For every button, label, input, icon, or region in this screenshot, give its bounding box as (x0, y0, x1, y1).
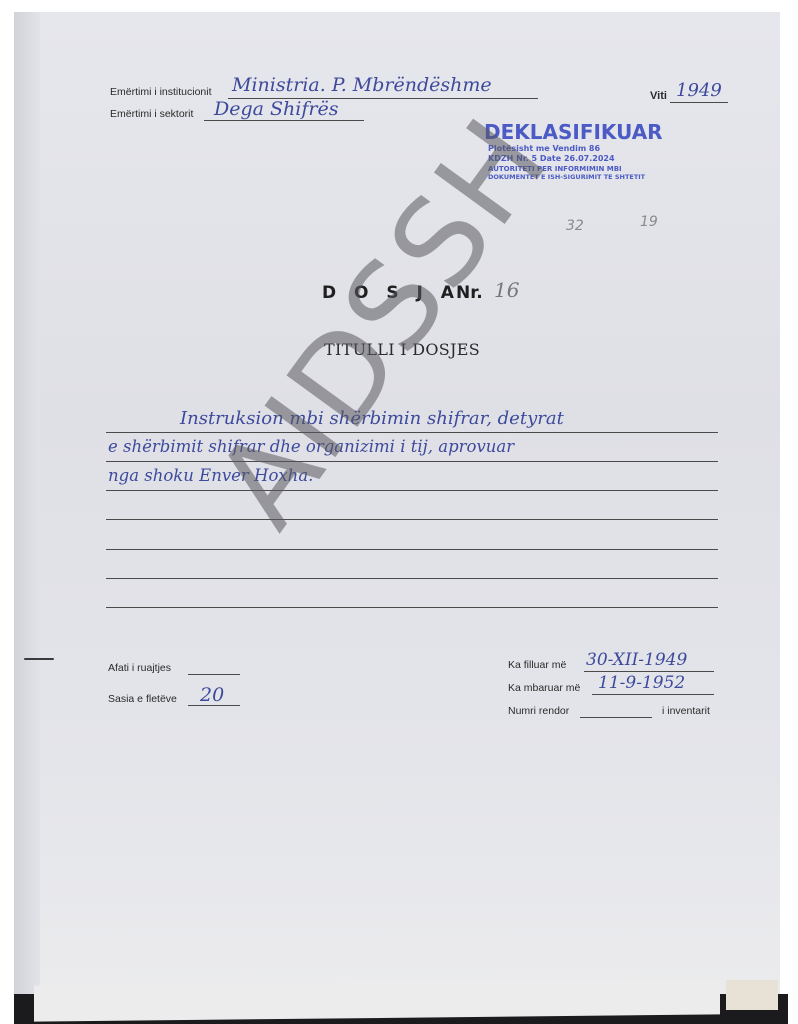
title-underline (106, 490, 718, 491)
stamp-title: DEKLASIFIKUAR (484, 120, 663, 144)
dossier-nr-label: Nr. (456, 283, 483, 303)
year-value: 1949 (676, 80, 722, 101)
year-underline (670, 102, 728, 103)
started-label: Ka filluar më (508, 659, 566, 671)
dossier-subtitle: TITULLI I DOSJES (324, 340, 480, 359)
title-underline (106, 578, 718, 579)
fold-mark (24, 658, 54, 660)
stamp-line-1: Plotësisht me Vendim 86 (488, 144, 600, 153)
title-line-text: Instruksion mbi shërbimin shifrar, detyr… (180, 408, 564, 429)
sector-label: Emërtimi i sektorit (110, 108, 193, 120)
sector-underline (204, 120, 364, 121)
title-underline (106, 607, 718, 608)
title-line-text: e shërbimit shifrar dhe organizimi i tij… (108, 437, 514, 456)
order-label: Numri rendor (508, 705, 569, 717)
year-label: Viti (650, 90, 667, 102)
dossier-heading: D O S J A (322, 283, 460, 303)
cover-tab (726, 980, 778, 1010)
retention-label: Afati i ruajtjes (108, 662, 171, 674)
title-line-text: nga shoku Enver Hoxha. (108, 466, 313, 485)
started-underline (584, 671, 714, 672)
sheets-label: Sasia e fletëve (108, 693, 177, 705)
stamp-line-4: DOKUMENTET E ISH-SIGURIMIT TE SHTETIT (488, 173, 645, 181)
title-underline (106, 519, 718, 520)
title-underline (106, 432, 718, 433)
title-underline (106, 461, 718, 462)
stamp-line-2: KDZH Nr. 5 Date 26.07.2024 (488, 154, 615, 163)
sector-value: Dega Shifrës (214, 98, 338, 120)
inventory-label: i inventarit (662, 705, 710, 717)
stamp-line-3: AUTORITETI PER INFORMIMIN MBI (488, 165, 622, 173)
ended-value: 11-9-1952 (598, 673, 685, 693)
sheets-value: 20 (200, 684, 224, 706)
retention-underline (188, 674, 240, 675)
institution-label: Emërtimi i institucionit (110, 86, 212, 98)
pencil-number-2: 19 (640, 214, 658, 230)
cover-flap (34, 978, 720, 1021)
declassified-stamp: DEKLASIFIKUAR Plotësisht me Vendim 86 KD… (484, 120, 644, 188)
pencil-number-1: 32 (566, 218, 584, 234)
ended-underline (592, 694, 714, 695)
order-underline (580, 717, 652, 718)
title-underline (106, 549, 718, 550)
dossier-cover (14, 12, 780, 1022)
dossier-nr-value: 16 (494, 278, 519, 302)
ended-label: Ka mbaruar më (508, 682, 580, 694)
started-value: 30-XII-1949 (586, 650, 687, 670)
institution-value: Ministria. P. Mbrëndëshme (232, 74, 492, 96)
